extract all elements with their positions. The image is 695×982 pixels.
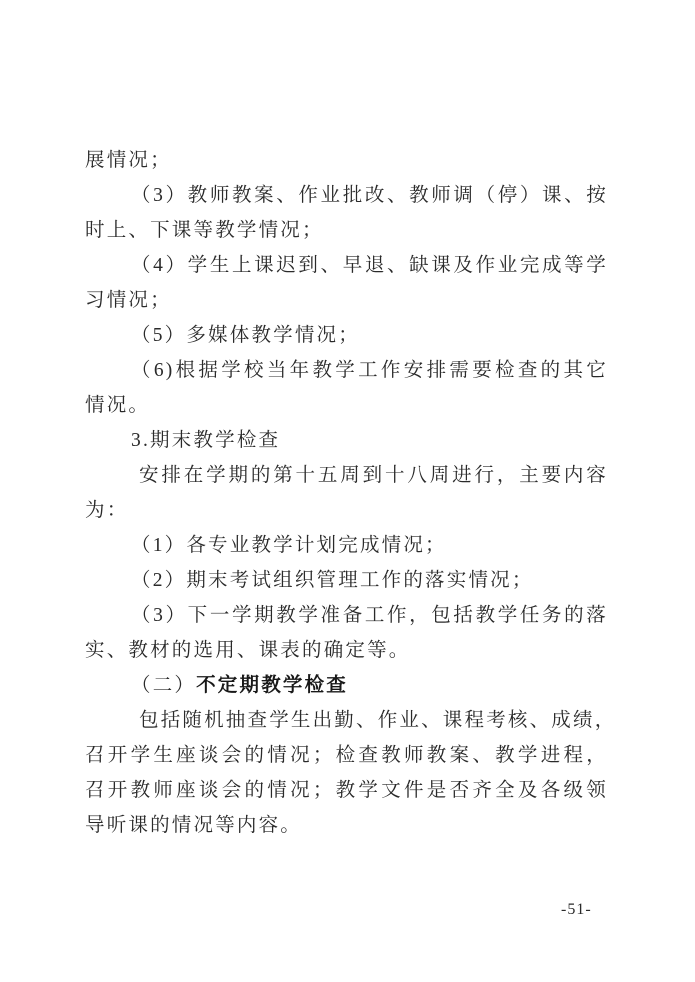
text-line: 包括随机抽查学生出勤、作业、课程考核、成绩，	[85, 703, 608, 738]
text-line: 时上、下课等教学情况；	[85, 213, 608, 248]
section-heading-prefix: （二）	[131, 675, 196, 696]
section-heading-title: 不定期教学检查	[196, 675, 348, 696]
text-line: 习情况；	[85, 283, 608, 318]
text-line: （2）期末考试组织管理工作的落实情况；	[85, 563, 608, 598]
text-line: （3）教师教案、作业批改、教师调（停）课、按	[85, 178, 608, 213]
text-line: 3.期末教学检查	[85, 423, 608, 458]
text-line: 召开学生座谈会的情况；检查教师教案、教学进程，	[85, 738, 608, 773]
document-body: 展情况； （3）教师教案、作业批改、教师调（停）课、按 时上、下课等教学情况； …	[85, 143, 608, 843]
text-line: 安排在学期的第十五周到十八周进行，主要内容	[85, 458, 608, 493]
text-line: 实、教材的选用、课表的确定等。	[85, 633, 608, 668]
text-line: （3）下一学期教学准备工作，包括教学任务的落	[85, 598, 608, 633]
text-line: 召开教师座谈会的情况；教学文件是否齐全及各级领	[85, 773, 608, 808]
text-line: （5）多媒体教学情况；	[85, 318, 608, 353]
page-number: -51-	[561, 901, 592, 919]
text-line: 为：	[85, 493, 608, 528]
text-line: 导听课的情况等内容。	[85, 808, 608, 843]
text-line: 展情况；	[85, 143, 608, 178]
text-line: （6)根据学校当年教学工作安排需要检查的其它	[85, 353, 608, 388]
text-line: （1）各专业教学计划完成情况；	[85, 528, 608, 563]
document-page: 展情况； （3）教师教案、作业批改、教师调（停）课、按 时上、下课等教学情况； …	[0, 0, 695, 982]
text-line: （4）学生上课迟到、早退、缺课及作业完成等学	[85, 248, 608, 283]
text-line: 情况。	[85, 388, 608, 423]
section-heading: （二）不定期教学检查	[85, 668, 608, 703]
